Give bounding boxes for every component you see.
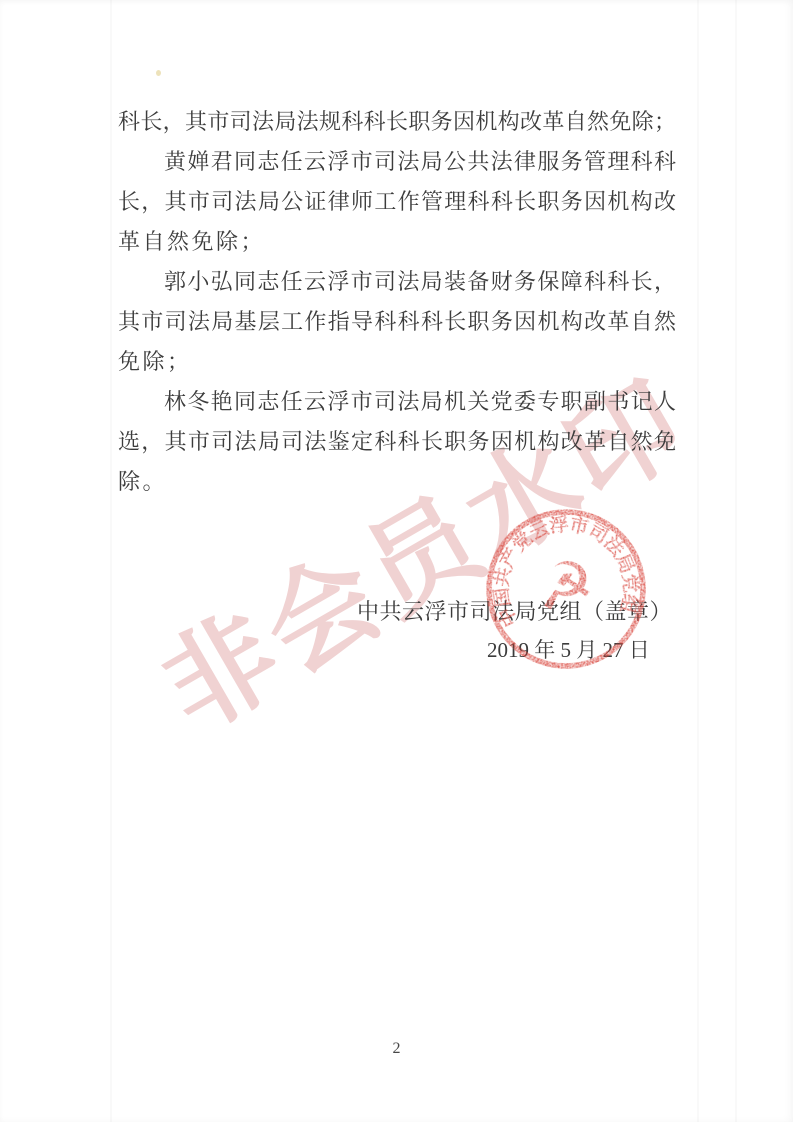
document-body: 科长，其市司法局法规科科长职务因机构改革自然免除； 黄婵君同志任云浮市司法局公共… xyxy=(118,102,676,502)
hammer-sickle-icon: ☭ xyxy=(534,548,598,627)
body-line: 郭小弘同志任云浮市司法局装备财务保障科科长， xyxy=(118,262,676,302)
scan-streak xyxy=(110,0,112,1122)
body-line: 革自然免除； xyxy=(118,222,676,262)
body-line: 林冬艳同志任云浮市司法局机关党委专职副书记人 xyxy=(118,382,676,422)
page-number: 2 xyxy=(0,1040,793,1058)
body-line: 长，其市司法局公证律师工作管理科科长职务因机构改 xyxy=(118,182,676,222)
document-page: 非会员水印 科长，其市司法局法规科科长职务因机构改革自然免除； 黄婵君同志任云浮… xyxy=(0,0,793,1122)
body-line: 选，其市司法局司法鉴定科科长职务因机构改革自然免 xyxy=(118,422,676,462)
official-seal: 中国共产党云浮市司法局党组 ☭ xyxy=(466,489,666,689)
body-line: 其市司法局基层工作指导科科科长职务因机构改革自然 xyxy=(118,302,676,342)
body-line: 科长，其市司法局法规科科长职务因机构改革自然免除； xyxy=(118,102,676,142)
scan-streak xyxy=(735,0,737,1122)
ink-speck xyxy=(156,70,161,76)
scan-streak xyxy=(697,0,699,1122)
body-line: 免除； xyxy=(118,342,676,382)
body-line: 黄婵君同志任云浮市司法局公共法律服务管理科科 xyxy=(118,142,676,182)
